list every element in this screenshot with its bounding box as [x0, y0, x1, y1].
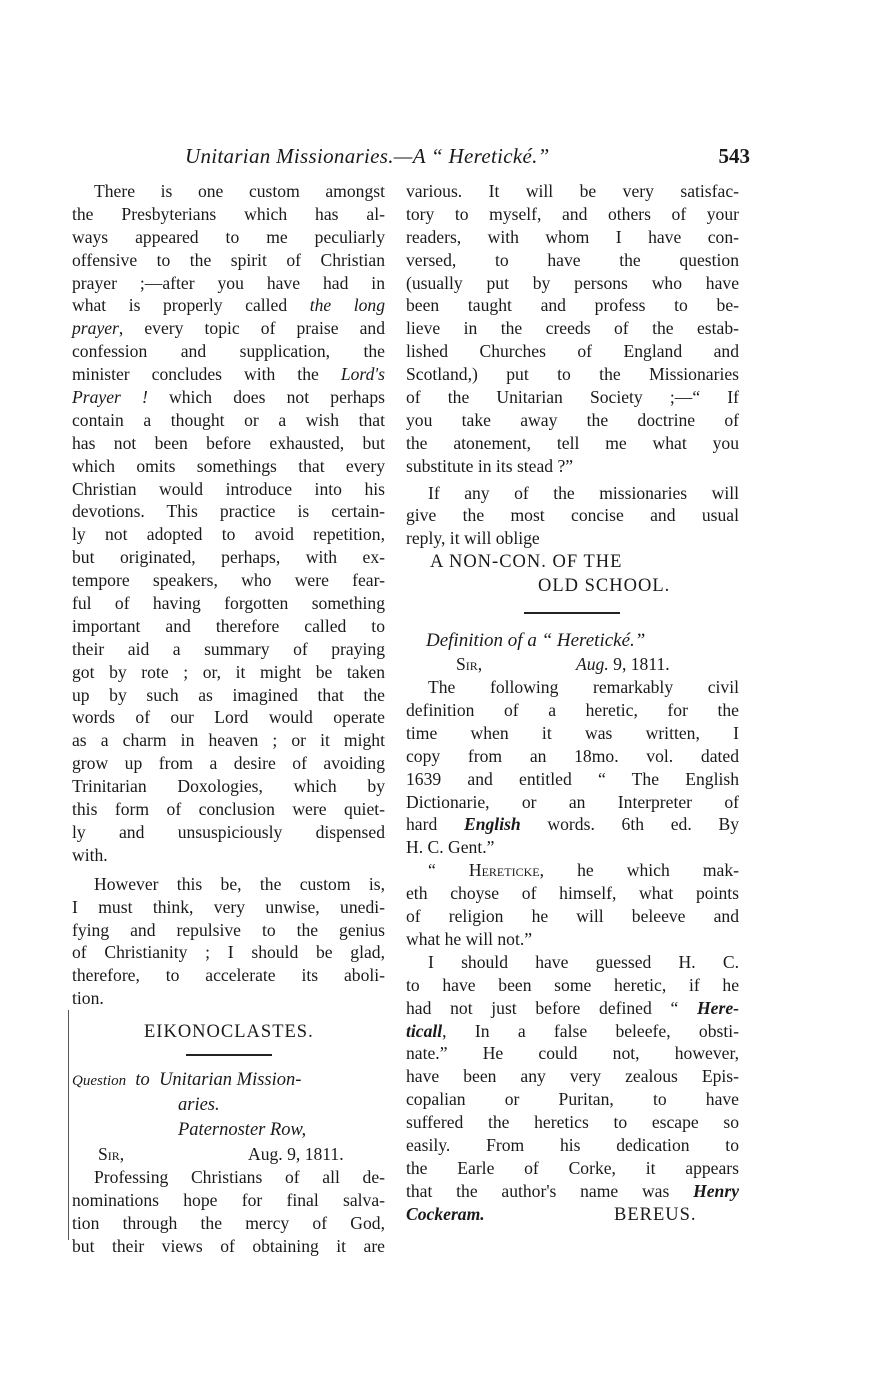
text-line: tion through the mercy of God,	[72, 1212, 385, 1235]
text-line: contain a thought or a wish that	[72, 409, 385, 432]
text-line: lieve in the creeds of the estab-	[406, 317, 739, 340]
text-fragment: hard	[406, 814, 464, 834]
scan-edge-line	[68, 1010, 69, 1240]
right-column: various. It will be very satisfac- tory …	[406, 180, 739, 1226]
section-divider	[524, 612, 620, 614]
text-line: but originated, perhaps, with ex-	[72, 546, 385, 569]
salutation: Sir,	[406, 653, 576, 676]
text-line: definition of a heretic, for the	[406, 699, 739, 722]
salutation-line: Sir,Aug. 9, 1811.	[406, 653, 739, 676]
document-page: Unitarian Missionaries.—A “ Heretické.” …	[0, 0, 882, 1373]
text-fragment: had not just before defined “	[406, 998, 697, 1018]
text-line: but their views of obtaining it are	[72, 1235, 385, 1258]
text-line: eth choyse of himself, what points	[406, 882, 739, 905]
text-line: ways appeared to me peculiarly	[72, 226, 385, 249]
salutation: Sir,	[72, 1143, 248, 1166]
text-line: lished Churches of England and	[406, 340, 739, 363]
text-line: their aid a summary of praying	[72, 638, 385, 661]
text-line: readers, with whom I have con-	[406, 226, 739, 249]
text-line: hard English words. 6th ed. By	[406, 813, 739, 836]
text-line: have been any very zealous Epis-	[406, 1065, 739, 1088]
article-title: Question to Unitarian Mission-	[72, 1068, 385, 1093]
text-line: If any of the missionaries will	[406, 482, 739, 505]
text-line: which omits somethings that every	[72, 455, 385, 478]
spacer	[72, 1010, 385, 1020]
text-line: (usually put by persons who have	[406, 272, 739, 295]
text-line: ticall, In a false beleefe, obsti-	[406, 1020, 739, 1043]
text-line: of Christianity ; I should be glad,	[72, 941, 385, 964]
signature-line-1: A NON-CON. OF THE	[406, 550, 739, 574]
text-line: ful of having forgotten something	[72, 592, 385, 615]
signature: EIKONOCLASTES.	[72, 1020, 385, 1044]
italic-text: Lord's	[341, 364, 385, 384]
section-divider	[186, 1054, 272, 1056]
date-month: Aug.	[576, 654, 609, 674]
text-line: However this be, the custom is,	[72, 873, 385, 896]
title-word: Unitarian Mission-	[159, 1070, 301, 1090]
text-line: I should have guessed H. C.	[406, 951, 739, 974]
italic-text: Cockeram.	[406, 1203, 614, 1226]
text-line: substitute in its stead ?”	[406, 455, 739, 478]
text-fragment: what is properly called	[72, 295, 310, 315]
text-line: words of our Lord would operate	[72, 706, 385, 729]
text-line: this form of conclusion were quiet-	[72, 798, 385, 821]
text-line: copy from an 18mo. vol. dated	[406, 745, 739, 768]
text-line: what he will not.”	[406, 928, 739, 951]
text-fragment: , every topic of praise and	[119, 318, 385, 338]
text-line: with.	[72, 844, 385, 867]
italic-text: Henry	[693, 1181, 739, 1201]
date-day-year: 9, 1811.	[609, 654, 670, 674]
text-line: prayer, every topic of praise and	[72, 317, 385, 340]
text-line: tory to myself, and others of your	[406, 203, 739, 226]
place: Paternoster Row,	[72, 1118, 385, 1143]
text-line: 1639 and entitled “ The English	[406, 768, 739, 791]
text-fragment: which does not perhaps	[148, 387, 385, 407]
text-line: Scotland,) put to the Missionaries	[406, 363, 739, 386]
signature-line-2: OLD SCHOOL.	[406, 574, 739, 598]
text-line: minister concludes with the Lord's	[72, 363, 385, 386]
article-question-continued: various. It will be very satisfac- tory …	[406, 180, 739, 614]
text-line: Christian would introduce into his	[72, 478, 385, 501]
running-title: Unitarian Missionaries.—A “ Heretické.”	[185, 141, 550, 171]
text-line: to have been some heretic, if he	[406, 974, 739, 997]
small-caps-text: Hereticke	[469, 860, 540, 880]
text-line: what is properly called the long	[72, 294, 385, 317]
text-line: has not been before exhausted, but	[72, 432, 385, 455]
text-line: copalian or Puritan, to have	[406, 1088, 739, 1111]
text-line: ly and unsuspiciously dispensed	[72, 821, 385, 844]
text-line: offensive to the spirit of Christian	[72, 249, 385, 272]
italic-text: Here-	[697, 998, 739, 1018]
text-line: you take away the doctrine of	[406, 409, 739, 432]
italic-text: English	[464, 814, 521, 834]
text-line: easily. From his dedication to	[406, 1134, 739, 1157]
text-line: tion.	[72, 987, 385, 1010]
text-line: prayer ;—after you have had in	[72, 272, 385, 295]
text-fragment: words. 6th ed. By	[521, 814, 739, 834]
text-line: Trinitarian Doxologies, which by	[72, 775, 385, 798]
article-title-cont: aries.	[72, 1093, 385, 1118]
text-line: been taught and profess to be-	[406, 294, 739, 317]
article-presbyterian-prayer: There is one custom amongst the Presbyte…	[72, 180, 385, 1056]
text-line: therefore, to accelerate its aboli-	[72, 964, 385, 987]
running-head: Unitarian Missionaries.—A “ Heretické.” …	[185, 141, 750, 171]
text-line: as a charm in heaven ; or it might	[72, 729, 385, 752]
text-fragment: minister concludes with the	[72, 364, 341, 384]
text-line: that the author's name was Henry	[406, 1180, 739, 1203]
date: Aug. 9, 1811.	[576, 654, 670, 674]
spacer	[406, 598, 739, 612]
text-line: give the most concise and usual	[406, 504, 739, 527]
date: Aug. 9, 1811.	[248, 1144, 344, 1164]
text-line: of the Unitarian Society ;—“ If	[406, 386, 739, 409]
text-line: up by such as imagined that the	[72, 684, 385, 707]
signature: BEREUS.	[614, 1205, 697, 1225]
text-line: the Presbyterians which has al-	[72, 203, 385, 226]
text-line: suffered the heretics to escape so	[406, 1111, 739, 1134]
italic-text: the long	[310, 295, 385, 315]
text-line: various. It will be very satisfac-	[406, 180, 739, 203]
article-definition-hereticke: Definition of a “ Heretické.” Sir,Aug. 9…	[406, 628, 739, 1225]
left-column: There is one custom amongst the Presbyte…	[72, 180, 385, 1258]
text-line: important and therefore called to	[72, 615, 385, 638]
text-line: tempore speakers, who were fear-	[72, 569, 385, 592]
text-line: of religion he will beleeve and	[406, 905, 739, 928]
text-line: fying and repulsive to the genius	[72, 919, 385, 942]
text-line: There is one custom amongst	[72, 180, 385, 203]
salutation-line: Sir,Aug. 9, 1811.	[72, 1143, 385, 1166]
text-fragment: that the author's name was	[406, 1181, 693, 1201]
text-line: got by rote ; or, it might be taken	[72, 661, 385, 684]
text-fragment: , In a false beleefe, obsti-	[442, 1021, 739, 1041]
text-line: Professing Christians of all de-	[72, 1166, 385, 1189]
text-line: time when it was written, I	[406, 722, 739, 745]
text-line: nominations hope for final salva-	[72, 1189, 385, 1212]
text-line: I must think, very unwise, unedi-	[72, 896, 385, 919]
italic-text: ticall	[406, 1021, 442, 1041]
text-line: “ Hereticke, he which mak-	[406, 859, 739, 882]
text-line: reply, it will oblige	[406, 527, 739, 550]
text-line: H. C. Gent.”	[406, 836, 739, 859]
text-line: Dictionarie, or an Interpreter of	[406, 791, 739, 814]
text-fragment: “	[428, 860, 469, 880]
text-line: nate.” He could not, however,	[406, 1042, 739, 1065]
article-question-to-unitarians: Question to Unitarian Mission- aries. Pa…	[72, 1068, 385, 1257]
text-line: confession and supplication, the	[72, 340, 385, 363]
text-line: the atonement, tell me what you	[406, 432, 739, 455]
text-line: the Earle of Corke, it appears	[406, 1157, 739, 1180]
page-number: 543	[719, 141, 751, 171]
title-word: Question	[72, 1073, 126, 1089]
text-line: Prayer ! which does not perhaps	[72, 386, 385, 409]
spacer	[72, 1044, 385, 1054]
text-line: devotions. This practice is certain-	[72, 500, 385, 523]
text-fragment: , he which mak-	[540, 860, 739, 880]
text-line: The following remarkably civil	[406, 676, 739, 699]
text-line: ly not adopted to avoid repetition,	[72, 523, 385, 546]
text-line: grow up from a desire of avoiding	[72, 752, 385, 775]
title-word: to	[135, 1070, 149, 1090]
text-line: versed, to have the question	[406, 249, 739, 272]
article-title: Definition of a “ Heretické.”	[406, 628, 739, 653]
italic-text: Prayer !	[72, 387, 148, 407]
text-line: Cockeram.BEREUS.	[406, 1203, 739, 1226]
text-line: had not just before defined “ Here-	[406, 997, 739, 1020]
italic-text: prayer	[72, 318, 119, 338]
